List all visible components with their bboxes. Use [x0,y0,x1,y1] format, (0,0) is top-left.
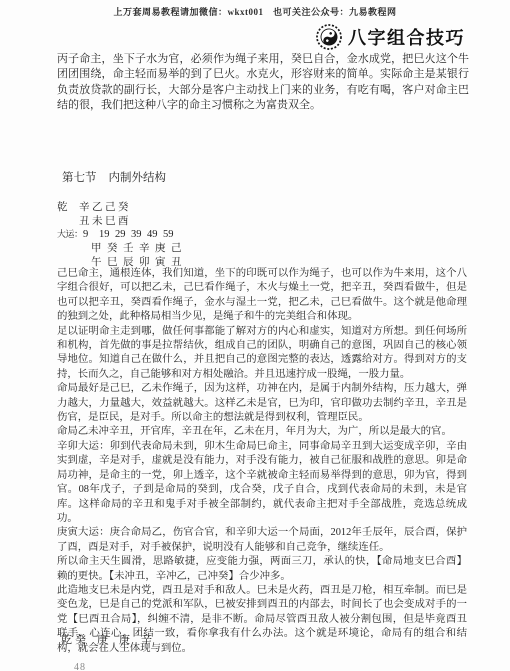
dayun-label: 大运： [57,228,83,242]
intro-paragraph: 丙子命主，坐下子水为官，必须作为绳子来用，癸巳自合，金水成党，把巳火这个牛团团围… [57,52,469,113]
chart-stem-cell: 癸 [118,201,131,215]
dayun-age-cell: 39 [131,228,147,242]
taiji-bagua-icon [316,24,342,50]
footer-stem-cell: 庚 [119,631,130,647]
chart-branches-row: 丑 未 巳 酉 [79,215,187,229]
dayun-stem-cell: 甲 [91,242,107,256]
dayun-age-cell: 49 [147,228,163,242]
promo-header: 上万套周易教程请加微信：wkxt001 也可关注公众号：九易教程网 [0,5,510,18]
footer-gender-label: 乾 [61,631,72,647]
chart-stem-cell: 己 [105,201,118,215]
chart-branch-cell: 丑 [79,215,92,229]
body-paragraph: 辛卯大运：卯到代表命局未到，卯木生命局巳命主，同事命局辛丑到大运变成辛卯，辛由实… [57,440,467,526]
chart-branch-cell: 巳 [105,215,118,229]
page-number: 48 [74,662,86,671]
footer-stem-cell: 癸 [75,631,86,647]
body-paragraph: 所以命主天生圆滑，思路敏捷，应变能力强，两面三刀，承认的快，【命局地支巳合酉】赖… [57,555,467,584]
dayun-ages-row: 大运： 9 19 29 39 49 59 [57,228,187,242]
body-text-block: 己巳命主，通根连体，我们知道，坐下的印既可以作为绳子，也可以作为牛来用，这个八字… [57,267,467,656]
section-number: 第七节 [62,172,97,184]
footer-stem-cell: 庚 [97,631,108,647]
chart-stem-cell: 辛 [79,201,92,215]
body-paragraph: 庚寅大运：庚合命局乙，伤官合官，和辛卯大运一个局面，2012年壬辰年，辰合酉，保… [57,526,467,555]
section-name: 内制外结构 [109,172,167,184]
chart-stems-row: 乾 辛 乙 己 癸 [57,201,187,215]
brand-title: 八字组合技巧 [348,24,465,50]
dayun-age-cell: 9 [83,228,99,242]
dayun-stem-cell: 壬 [123,242,139,256]
dayun-age-cell: 59 [163,228,179,242]
body-paragraph: 命局最好是己巳，乙未作绳子，因为这样，功神在内，是属于内制外结构，压力越大，弹力… [57,382,467,425]
dayun-stem-cell: 辛 [139,242,155,256]
footer-natal-chart: 乾 癸 庚 庚 辛 [61,631,163,647]
body-paragraph: 足以证明命主走到哪，做任何事都能了解对方的内心和虚实，知道对方所想。到任何场所和… [57,325,467,383]
footer-stem-cell: 辛 [141,631,152,647]
dayun-stem-cell: 癸 [107,242,123,256]
dayun-age-cell: 19 [99,228,115,242]
chart-stem-cell: 乙 [92,201,105,215]
natal-chart: 乾 辛 乙 己 癸 丑 未 巳 酉 大运： 9 19 29 39 49 59 甲… [57,201,187,269]
dayun-stem-cell: 庚 [155,242,171,256]
brand-block: 八字组合技巧 [316,24,465,50]
dayun-age-cell: 29 [115,228,131,242]
chart-branch-cell: 酉 [118,215,131,229]
body-paragraph: 命局乙未冲辛丑，开官库，辛丑在年，乙未在月，年月为大，为广，所以是最大的官。 [57,425,467,439]
chart-gender-label: 乾 [57,201,79,215]
chart-branch-cell: 未 [92,215,105,229]
document-page: 上万套周易教程请加微信：wkxt001 也可关注公众号：九易教程网 八字组合技巧… [0,0,510,671]
section-heading: 第七节内制外结构 [62,169,166,185]
dayun-stem-cell: 己 [171,242,187,256]
body-paragraph: 己巳命主，通根连体，我们知道，坐下的印既可以作为绳子，也可以作为牛来用，这个八字… [57,267,467,325]
dayun-stems-row: 甲 癸 壬 辛 庚 己 [91,242,187,256]
